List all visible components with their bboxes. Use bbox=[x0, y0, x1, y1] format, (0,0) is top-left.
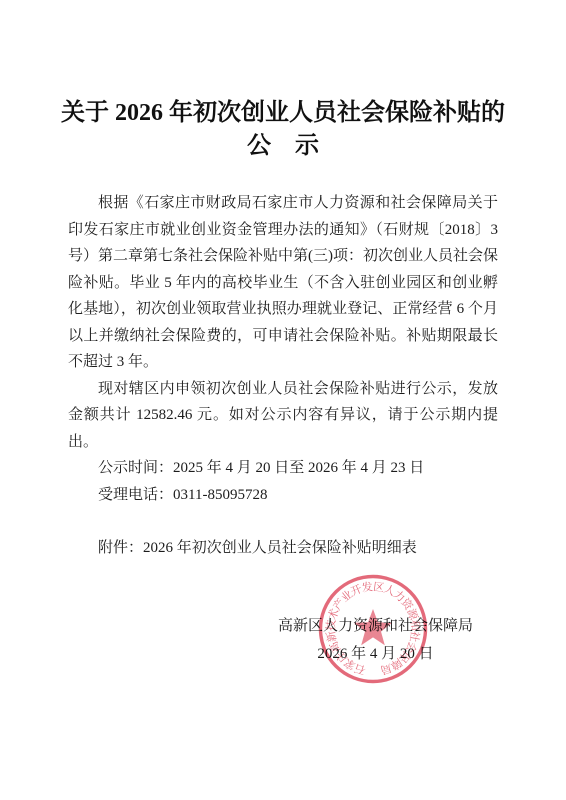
page-title: 关于 2026 年初次创业人员社会保险补贴的 公 示 bbox=[0, 0, 566, 163]
contact-phone-line: 受理电话：0311-85095728 bbox=[68, 482, 498, 509]
document-body: 根据《石家庄市财政局石家庄市人力资源和社会保障局关于印发石家庄市就业创业资金管理… bbox=[68, 190, 498, 668]
paragraph-basis: 根据《石家庄市财政局石家庄市人力资源和社会保障局关于印发石家庄市就业创业资金管理… bbox=[68, 190, 498, 376]
title-line-2: 公 示 bbox=[0, 130, 566, 163]
attachment-line: 附件：2026 年初次创业人员社会保险补贴明细表 bbox=[68, 535, 498, 562]
signature-block: 高新区人力资源和社会保障局 2026 年 4 月 20 日 bbox=[278, 612, 473, 668]
paragraph-announcement: 现对辖区内申领初次创业人员社会保险补贴进行公示，发放金额共计 12582.46 … bbox=[68, 376, 498, 456]
publicity-time-line: 公示时间：2025 年 4 月 20 日至 2026 年 4 月 23 日 bbox=[68, 455, 498, 482]
signature-date: 2026 年 4 月 20 日 bbox=[278, 640, 473, 668]
signature-agency: 高新区人力资源和社会保障局 bbox=[278, 612, 473, 640]
title-line-1: 关于 2026 年初次创业人员社会保险补贴的 bbox=[0, 97, 566, 130]
document-page: 关于 2026 年初次创业人员社会保险补贴的 公 示 根据《石家庄市财政局石家庄… bbox=[0, 0, 566, 800]
